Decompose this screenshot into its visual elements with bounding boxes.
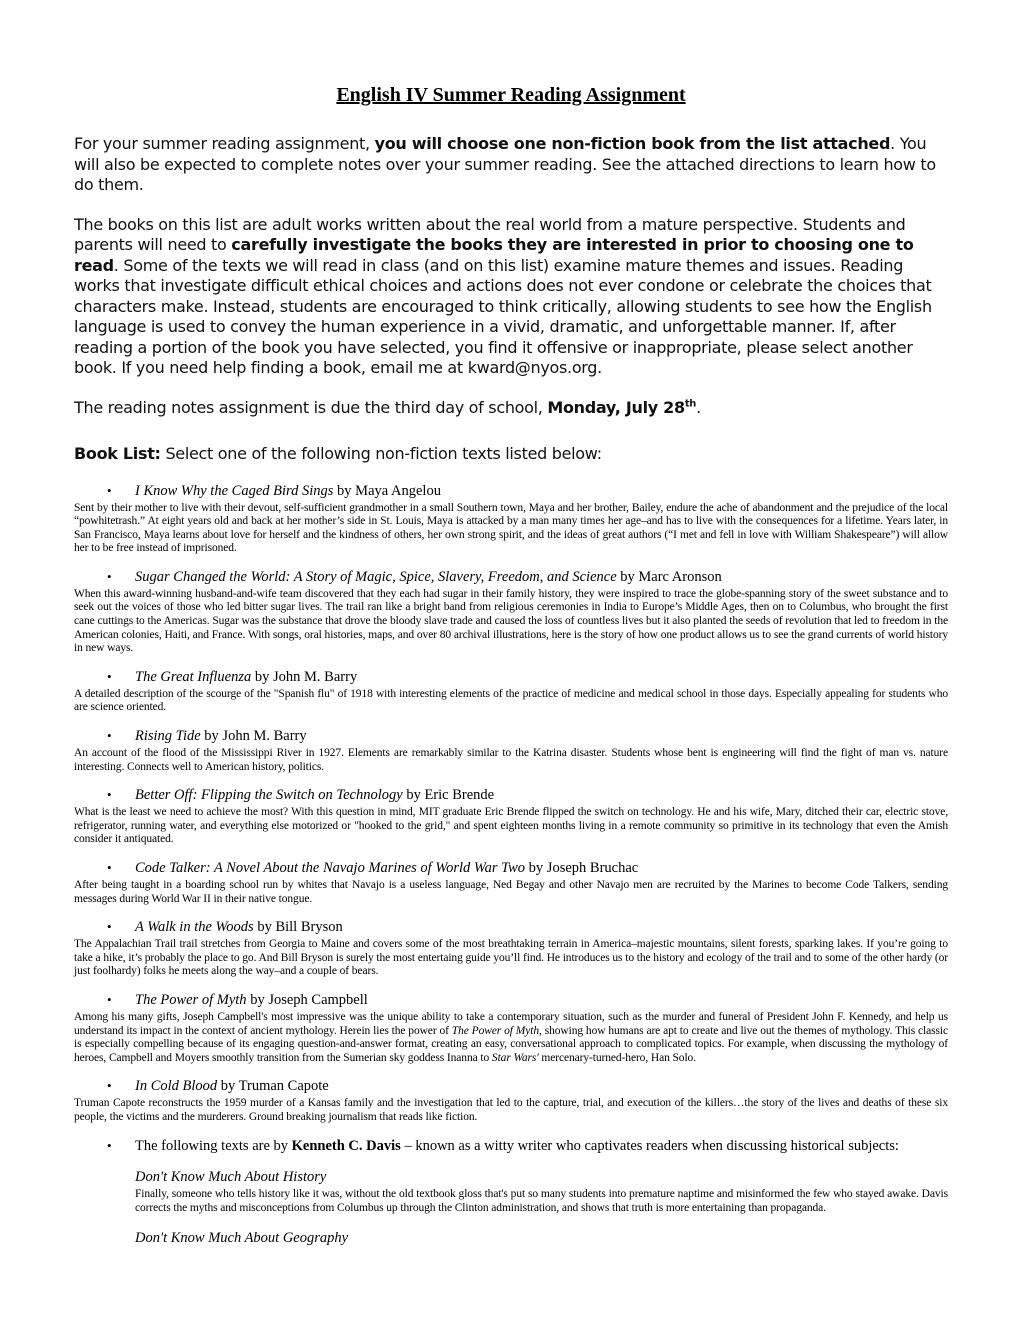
sub-book-item: Don't Know Much About Geography [135,1229,948,1247]
book-list-item: • The Great Influenza by John M. Barry A… [74,668,948,715]
bullet-icon: • [107,568,112,586]
book-list-item: • The Power of Myth by Joseph Campbell A… [74,991,948,1065]
sub-book-list: Don't Know Much About History Finally, s… [135,1168,948,1248]
sub-book-description: Finally, someone who tells history like … [135,1187,948,1217]
book-heading: • The Power of Myth by Joseph Campbell [74,991,948,1009]
book-description: A detailed description of the scourge of… [74,688,948,715]
book-list-item: • Code Talker: A Novel About the Navajo … [74,859,948,906]
book-heading: • Better Off: Flipping the Switch on Tec… [74,786,948,804]
book-title-author: In Cold Blood by Truman Capote [135,1078,329,1094]
book-title-author: The Power of Myth by Joseph Campbell [135,992,368,1008]
bullet-icon: • [107,727,112,745]
book-list-item: • Better Off: Flipping the Switch on Tec… [74,786,948,847]
bullet-icon: • [107,668,112,686]
bullet-icon: • [107,859,112,877]
book-list-item: • Rising Tide by John M. Barry An accoun… [74,727,948,774]
book-heading: • Rising Tide by John M. Barry [74,727,948,745]
book-description: The Appalachian Trail trail stretches fr… [74,938,948,979]
book-list-item: • I Know Why the Caged Bird Sings by May… [74,482,948,556]
book-title-author: A Walk in the Woods by Bill Bryson [135,919,343,935]
book-description: Among his many gifts, Joseph Campbell's … [74,1011,948,1065]
book-title-author: Better Off: Flipping the Switch on Techn… [135,787,494,803]
page-title: English IV Summer Reading Assignment [74,84,948,107]
book-title-author: I Know Why the Caged Bird Sings by Maya … [135,483,441,499]
book-title-author: The Great Influenza by John M. Barry [135,669,357,685]
book-heading: • Sugar Changed the World: A Story of Ma… [74,568,948,586]
book-list-item: • A Walk in the Woods by Bill Bryson The… [74,918,948,979]
book-description: Truman Capote reconstructs the 1959 murd… [74,1097,948,1124]
book-title-author: Sugar Changed the World: A Story of Magi… [135,569,722,585]
book-heading: • The following texts are by Kenneth C. … [74,1137,948,1155]
book-list-item: • Sugar Changed the World: A Story of Ma… [74,568,948,656]
book-description: When this award-winning husband-and-wife… [74,588,948,656]
document-page: English IV Summer Reading Assignment For… [0,0,1020,1320]
bullet-icon: • [107,482,112,500]
book-heading: • I Know Why the Caged Bird Sings by May… [74,482,948,500]
bullet-icon: • [107,918,112,936]
book-description: Sent by their mother to live with their … [74,502,948,556]
intro-paragraph-2: The books on this list are adult works w… [74,215,948,379]
bullet-icon: • [107,1137,112,1155]
book-description: After being taught in a boarding school … [74,879,948,906]
book-list-header: Book List: Select one of the following n… [74,444,948,465]
sub-book-title: Don't Know Much About Geography [135,1229,948,1247]
sub-book-title: Don't Know Much About History [135,1168,948,1186]
book-heading: • Code Talker: A Novel About the Navajo … [74,859,948,877]
sub-book-item: Don't Know Much About History Finally, s… [135,1168,948,1217]
due-date-line: The reading notes assignment is due the … [74,398,948,419]
book-description: What is the least we need to achieve the… [74,806,948,847]
book-list-item: • In Cold Blood by Truman Capote Truman … [74,1077,948,1124]
bullet-icon: • [107,991,112,1009]
bullet-icon: • [107,786,112,804]
intro-paragraph-1: For your summer reading assignment, you … [74,134,948,196]
book-list-item: • The following texts are by Kenneth C. … [74,1137,948,1248]
book-title-author: The following texts are by Kenneth C. Da… [135,1138,899,1154]
book-title-author: Rising Tide by John M. Barry [135,728,307,744]
book-description: An account of the flood of the Mississip… [74,747,948,774]
bullet-icon: • [107,1077,112,1095]
book-heading: • In Cold Blood by Truman Capote [74,1077,948,1095]
book-heading: • A Walk in the Woods by Bill Bryson [74,918,948,936]
book-heading: • The Great Influenza by John M. Barry [74,668,948,686]
book-title-author: Code Talker: A Novel About the Navajo Ma… [135,860,638,876]
book-list: • I Know Why the Caged Bird Sings by May… [74,482,948,1248]
